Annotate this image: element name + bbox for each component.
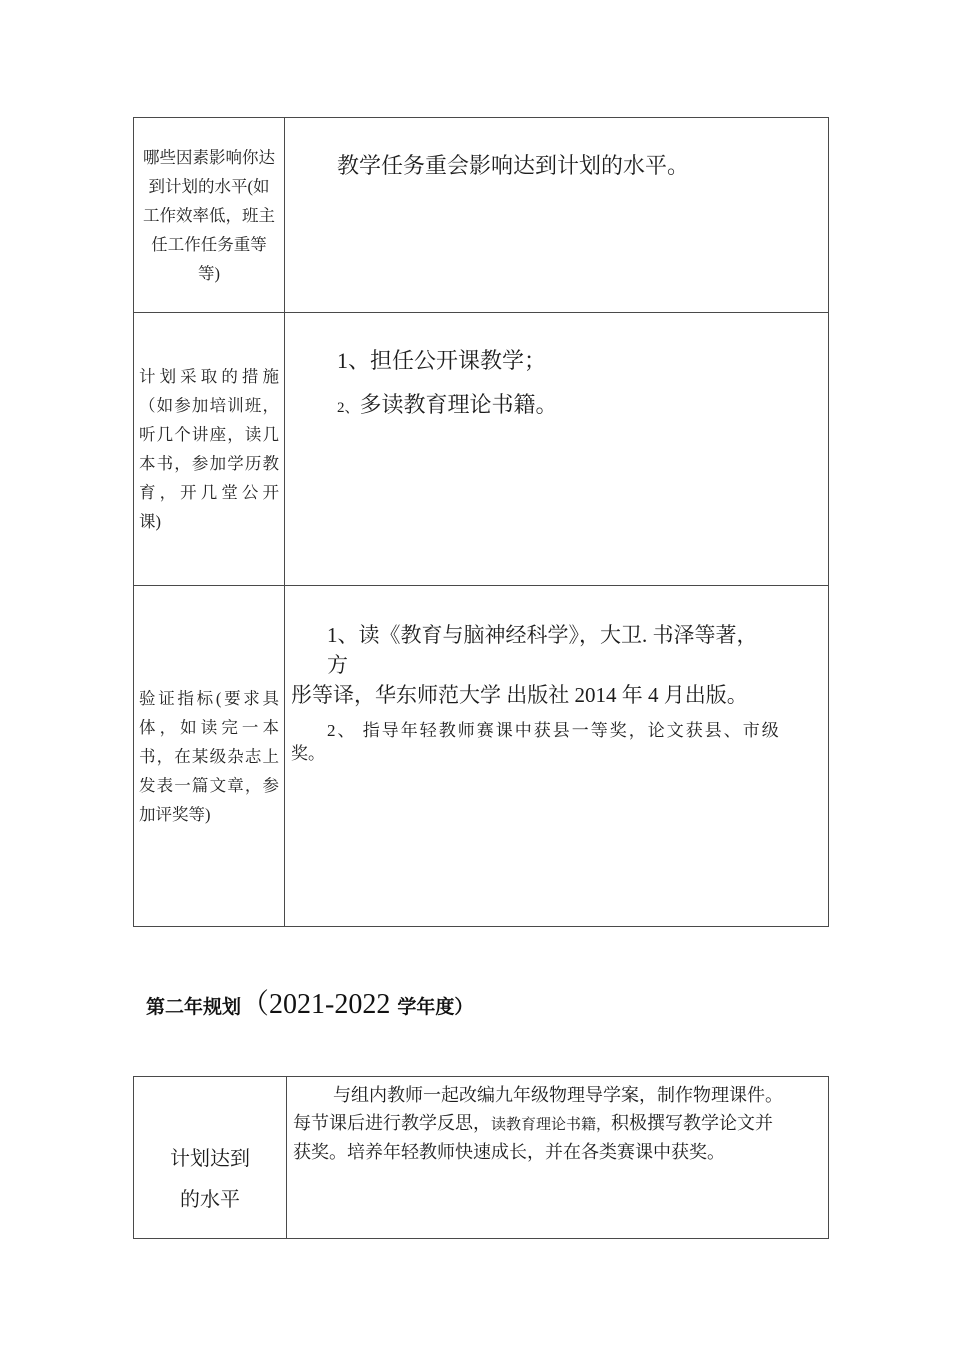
label-line: 到计划的水平(如: [139, 172, 279, 201]
plan-table-year1: 哪些因素影响你达 到计划的水平(如 工作效率低，班主 任工作任务重等 等) 教学…: [133, 117, 829, 927]
document-page: 哪些因素影响你达 到计划的水平(如 工作效率低，班主 任工作任务重等 等) 教学…: [0, 0, 960, 1357]
label-line: 本书，参加学历教: [139, 449, 279, 478]
table-row-measures: 计划采取的措施 （如参加培训班， 听几个讲座，读几 本书，参加学历教 育，开几堂…: [134, 312, 828, 585]
row-label-cell-measures: 计划采取的措施 （如参加培训班， 听几个讲座，读几 本书，参加学历教 育，开几堂…: [134, 313, 285, 585]
label-line: 加评奖等): [139, 800, 279, 829]
row-content-cell-factors: 教学任务重会影响达到计划的水平。: [285, 118, 828, 312]
heading-suffix: 学年度）: [397, 997, 473, 1018]
content-line: 1、读《教育与脑神经科学》，大卫. 书泽等著，: [291, 620, 816, 650]
list-item: 1、担任公开课教学；: [337, 345, 816, 377]
table-row-factors: 哪些因素影响你达 到计划的水平(如 工作效率低，班主 任工作任务重等 等) 教学…: [134, 118, 828, 312]
content-segment-small: 读教育理论书籍，: [491, 1117, 611, 1133]
label-line: 哪些因素影响你达: [139, 143, 279, 172]
section-heading: 第二年规划（2021-2022 学年度）: [146, 982, 473, 1022]
row-label-cell-factors: 哪些因素影响你达 到计划的水平(如 工作效率低，班主 任工作任务重等 等): [134, 118, 285, 312]
label-line: 等): [139, 259, 279, 288]
row-content-cell-planned-level: 与组内教师一起改编九年级物理导学案，制作物理课件。 每节课后进行教学反思，读教育…: [287, 1077, 828, 1238]
label-line: 工作效率低，班主: [139, 201, 279, 230]
table-row-planned-level: 计划达到 的水平 与组内教师一起改编九年级物理导学案，制作物理课件。 每节课后进…: [134, 1077, 828, 1238]
content-segment: 积极撰写教学论文并: [611, 1113, 773, 1133]
content-line: 彤等译，华东师范大学 出版社 2014 年 4 月出版。: [291, 680, 816, 710]
label-line: 计划达到: [170, 1139, 250, 1180]
content-line: 获奖。培养年轻教师快速成长，并在各类赛课中获奖。: [293, 1139, 816, 1167]
heading-prefix: 第二年规划: [146, 997, 241, 1018]
label-line: （如参加培训班，: [139, 391, 279, 420]
content-line: 与组内教师一起改编九年级物理导学案，制作物理课件。: [293, 1082, 816, 1110]
table-row-indicators: 验证指标(要求具 体，如读完一本 书，在某级杂志上 发表一篇文章，参 加评奖等)…: [134, 585, 828, 926]
plan-table-year2: 计划达到 的水平 与组内教师一起改编九年级物理导学案，制作物理课件。 每节课后进…: [133, 1076, 829, 1239]
list-item-text: 多读教育理论书籍。: [360, 392, 558, 417]
label-line: 发表一篇文章，参: [139, 771, 279, 800]
content-line: 方: [291, 650, 816, 680]
heading-years: （2021-2022: [241, 989, 397, 1020]
label-line: 育，开几堂公开: [139, 478, 279, 507]
label-line: 任工作任务重等: [139, 230, 279, 259]
list-item-number: 2、: [337, 400, 360, 416]
label-line: 体，如读完一本: [139, 713, 279, 742]
row-content-cell-indicators: 1、读《教育与脑神经科学》，大卫. 书泽等著， 方 彤等译，华东师范大学 出版社…: [285, 586, 828, 926]
label-line: 验证指标(要求具: [139, 684, 279, 713]
content-line: 每节课后进行教学反思，读教育理论书籍，积极撰写教学论文并: [293, 1110, 816, 1140]
row-label-cell-planned-level: 计划达到 的水平: [134, 1077, 287, 1238]
content-line: 奖。: [291, 742, 816, 765]
label-line: 计划采取的措施: [139, 362, 279, 391]
content-text: 教学任务重会影响达到计划的水平。: [337, 148, 816, 184]
label-line: 书，在某级杂志上: [139, 742, 279, 771]
label-line: 的水平: [180, 1180, 240, 1221]
content-line: 2、 指导年轻教师赛课中获县一等奖，论文获县、市级: [291, 719, 816, 742]
label-line: 听几个讲座，读几: [139, 420, 279, 449]
row-content-cell-measures: 1、担任公开课教学； 2、多读教育理论书籍。: [285, 313, 828, 585]
content-segment: 每节课后进行教学反思，: [293, 1113, 491, 1133]
label-line: 课): [139, 507, 279, 536]
row-label-cell-indicators: 验证指标(要求具 体，如读完一本 书，在某级杂志上 发表一篇文章，参 加评奖等): [134, 586, 285, 926]
list-item: 2、多读教育理论书籍。: [337, 389, 816, 424]
